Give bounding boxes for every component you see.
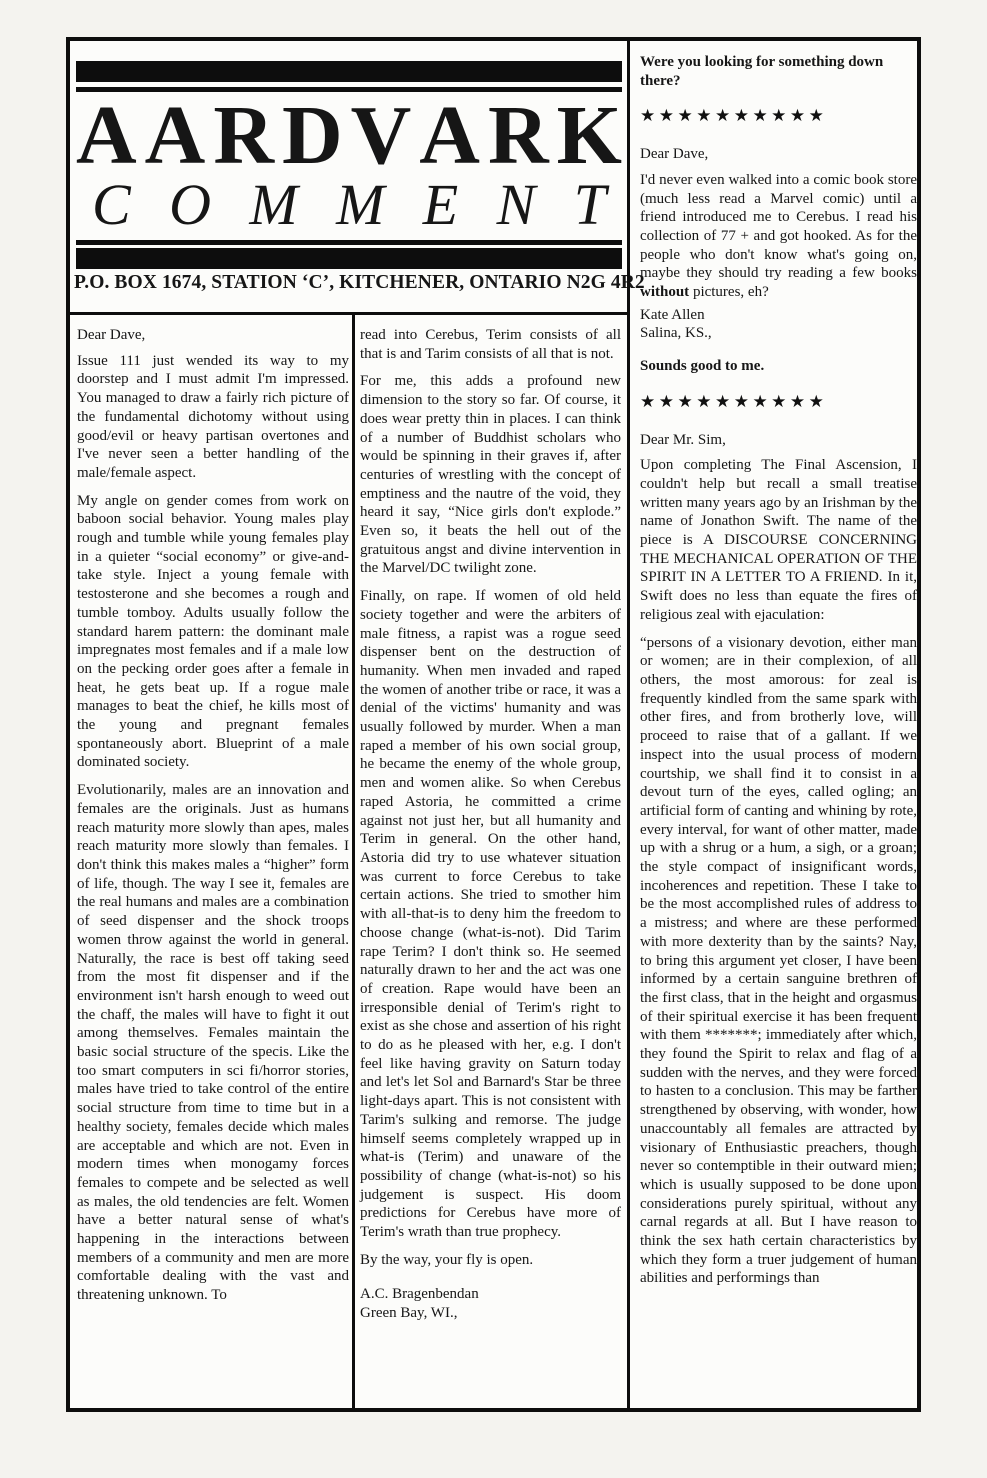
po-box-address: P.O. BOX 1674, STATION ‘C’, KITCHENER, O… bbox=[74, 272, 626, 294]
letter-paragraph: For me, this adds a profound new dimensi… bbox=[360, 372, 621, 578]
masthead-bottom-thin-bar bbox=[76, 240, 622, 245]
masthead-bottom-rules bbox=[76, 240, 622, 269]
letter-paragraph: Upon completing The Final Ascension, I c… bbox=[640, 456, 917, 624]
salutation: Dear Mr. Sim, bbox=[640, 431, 917, 450]
letter-paragraph: Issue 111 just wended its way to my door… bbox=[77, 352, 349, 483]
masthead-top-thick-bar bbox=[76, 61, 622, 82]
star-divider: ★★★★★★★★★★ bbox=[640, 393, 917, 412]
masthead: AARDVARK COMMENT bbox=[76, 61, 622, 269]
signature-name: Kate Allen bbox=[640, 306, 917, 325]
signature-name: A.C. Bragenbendan bbox=[360, 1285, 621, 1304]
paragraph-text: I'd never even walked into a comic book … bbox=[640, 172, 917, 282]
emphasized-word: without bbox=[640, 284, 689, 300]
letter-paragraph: My angle on gender comes from work on ba… bbox=[77, 492, 349, 773]
editor-reply: Sounds good to me. bbox=[640, 357, 917, 376]
salutation: Dear Dave, bbox=[77, 326, 349, 345]
letter-paragraph: read into Cerebus, Terim consists of all… bbox=[360, 326, 621, 363]
masthead-title: AARDVARK bbox=[76, 100, 622, 172]
letter-column-1: Dear Dave, Issue 111 just wended its way… bbox=[77, 326, 349, 1314]
salutation: Dear Dave, bbox=[640, 145, 917, 164]
letter-paragraph: I'd never even walked into a comic book … bbox=[640, 171, 917, 302]
signature-place: Green Bay, WI., bbox=[360, 1304, 621, 1323]
letter-paragraph: Finally, on rape. If women of old held s… bbox=[360, 587, 621, 1242]
letter-paragraph: “persons of a visionary devotion, either… bbox=[640, 634, 917, 1289]
letter-paragraph: Evolutionarily, males are an innovation … bbox=[77, 781, 349, 1305]
right-column-divider bbox=[627, 41, 630, 1408]
letter-column-2: read into Cerebus, Terim consists of all… bbox=[360, 326, 621, 1323]
paragraph-text: pictures, eh? bbox=[689, 284, 769, 300]
star-divider: ★★★★★★★★★★ bbox=[640, 107, 917, 126]
letter-paragraph: By the way, your fly is open. bbox=[360, 1251, 621, 1270]
left-column-divider bbox=[352, 312, 355, 1408]
signature-place: Salina, KS., bbox=[640, 324, 917, 343]
masthead-bottom-thick-bar bbox=[76, 248, 622, 269]
masthead-separator-rule bbox=[70, 312, 627, 315]
letters-page: AARDVARK COMMENT P.O. BOX 1674, STATION … bbox=[66, 37, 921, 1412]
masthead-subtitle: COMMENT bbox=[76, 176, 622, 234]
letter-column-3: Were you looking for something down ther… bbox=[640, 53, 917, 1297]
editor-reply: Were you looking for something down ther… bbox=[640, 53, 917, 90]
